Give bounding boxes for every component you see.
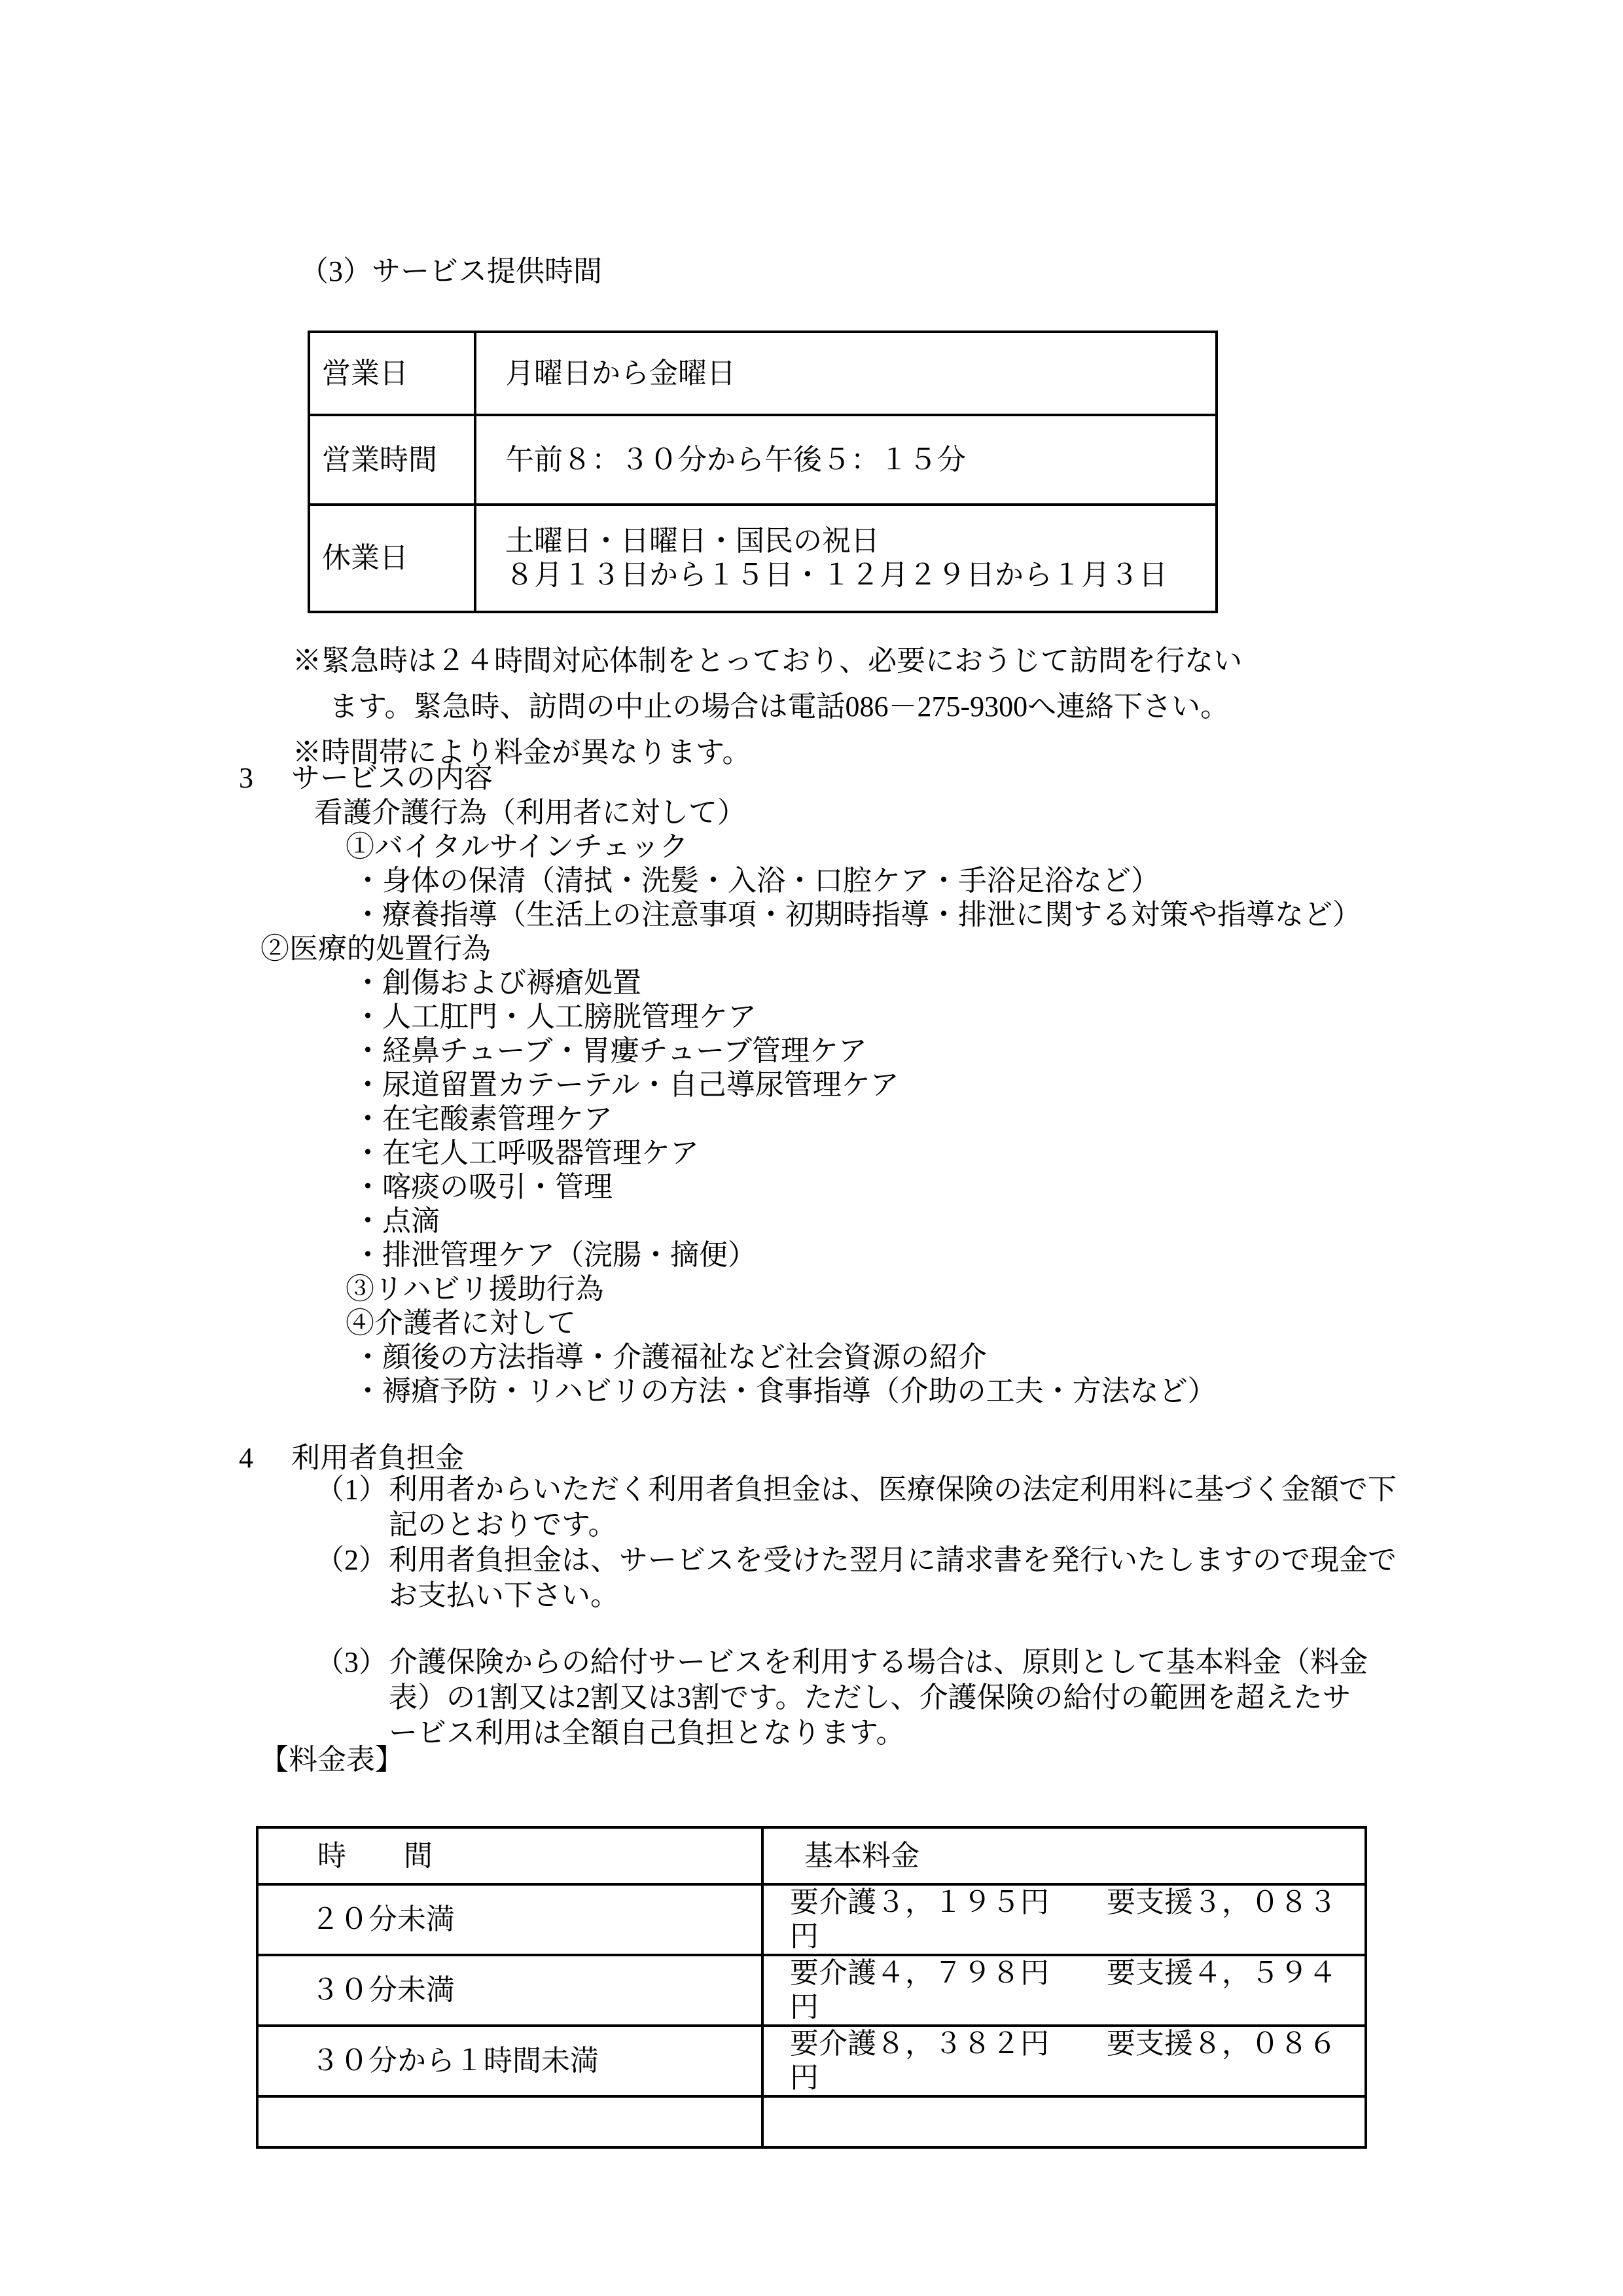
- hours-row-value: 土曜日・日曜日・国民の祝日 ８月１３日から１５日・１２月２９日から１月３日: [475, 505, 1217, 612]
- document-page: （3）サービス提供時間 営業日 月曜日から金曜日 営業時間 午前８：３０分から午…: [0, 0, 1623, 2296]
- price-header-time: 時 間: [257, 1827, 762, 1884]
- list-item: ・在宅酸素管理ケア: [0, 1102, 1623, 1136]
- section-heading-charges: 4 利用者負担金: [239, 1441, 464, 1475]
- table-row: [257, 2096, 1366, 2147]
- list-item: ・身体の保清（清拭・洗髪・入浴・口腔ケア・手浴足浴など）: [0, 864, 1623, 898]
- list-item: ・療養指導（生活上の注意事項・初期時指導・排泄に関する対策や指導など）: [0, 898, 1623, 932]
- note-line: ※緊急時は２４時間対応体制をとっており、必要におうじて訪問を行ない: [293, 638, 1242, 684]
- hours-row-value: 午前８：３０分から午後５：１５分: [475, 415, 1217, 505]
- list-item: ・顔後の方法指導・介護福祉など社会資源の紹介: [0, 1340, 1623, 1374]
- list-item: ・在宅人工呼吸器管理ケア: [0, 1136, 1623, 1170]
- holiday-line-2: ８月１３日から１５日・１２月２９日から１月３日: [505, 558, 1215, 592]
- list-item: ②医療的処置行為: [0, 932, 1623, 966]
- table-row: 休業日 土曜日・日曜日・国民の祝日 ８月１３日から１５日・１２月２９日から１月３…: [309, 505, 1217, 612]
- paragraph-marker: （1）: [315, 1472, 389, 1543]
- table-header-row: 時 間 基本料金: [257, 1827, 1366, 1884]
- notes-block: ※緊急時は２４時間対応体制をとっており、必要におうじて訪問を行ない ます。緊急時…: [293, 638, 1242, 776]
- service-hours-table: 営業日 月曜日から金曜日 営業時間 午前８：３０分から午後５：１５分 休業日 土…: [308, 331, 1218, 613]
- list-item: ・人工肛門・人工膀胱管理ケア: [0, 1000, 1623, 1034]
- section-number: 4: [239, 1441, 291, 1475]
- section-heading-services: 3 サービスの内容: [239, 761, 493, 795]
- paragraph-text: 利用者負担金は、サービスを受けた翌月に請求書を発行いたしますので現金でお支払い下…: [389, 1543, 1410, 1613]
- paragraph-text: 利用者からいただく利用者負担金は、医療保険の法定利用料に基づく金額で下記のとおり…: [389, 1472, 1410, 1543]
- price-fee: 要介護４，７９８円 要支援４，５９４円: [762, 1955, 1366, 2026]
- price-time: ３０分から１時間未満: [257, 2026, 762, 2096]
- price-table: 時 間 基本料金 ２０分未満 要介護３，１９５円 要支援３，０８３円 ３０分未満…: [256, 1826, 1367, 2149]
- hours-row-label: 営業日: [309, 332, 475, 415]
- list-item: ③リハビリ援助行為: [0, 1272, 1623, 1306]
- paragraph: （1） 利用者からいただく利用者負担金は、医療保険の法定利用料に基づく金額で下記…: [315, 1472, 1410, 1543]
- list-item: 看護介護行為（利用者に対して）: [0, 796, 1623, 830]
- paragraph-marker: （3）: [315, 1645, 389, 1751]
- section-title-service-hours: （3）サービス提供時間: [300, 255, 602, 289]
- table-row: 営業時間 午前８：３０分から午後５：１５分: [309, 415, 1217, 505]
- paragraph: （3） 介護保険からの給付サービスを利用する場合は、原則として基本料金（料金表）…: [315, 1645, 1377, 1751]
- list-item: ・喀痰の吸引・管理: [0, 1170, 1623, 1204]
- price-time: [257, 2096, 762, 2147]
- table-row: 営業日 月曜日から金曜日: [309, 332, 1217, 415]
- price-table-caption: 【料金表】: [260, 1743, 404, 1777]
- list-item: ・尿道留置カテーテル・自己導尿管理ケア: [0, 1068, 1623, 1102]
- list-item: ④介護者に対して: [0, 1306, 1623, 1340]
- section-title: サービスの内容: [291, 761, 493, 795]
- paragraph-marker: （2）: [315, 1543, 389, 1613]
- price-time: ３０分未満: [257, 1955, 762, 2026]
- hours-row-label: 休業日: [309, 505, 475, 612]
- price-fee: 要介護８，３８２円 要支援８，０８６円: [762, 2026, 1366, 2096]
- section-title: 利用者負担金: [291, 1441, 464, 1475]
- list-item: ・創傷および褥瘡処置: [0, 966, 1623, 1000]
- table-row: ３０分から１時間未満 要介護８，３８２円 要支援８，０８６円: [257, 2026, 1366, 2096]
- list-item: ・排泄管理ケア（浣腸・摘便）: [0, 1238, 1623, 1272]
- holiday-line-1: 土曜日・日曜日・国民の祝日: [505, 524, 1215, 558]
- table-row: ２０分未満 要介護３，１９５円 要支援３，０８３円: [257, 1884, 1366, 1955]
- service-list: 看護介護行為（利用者に対して） ①バイタルサインチェック ・身体の保清（清拭・洗…: [0, 796, 1623, 1408]
- charge-paragraphs: （3） 介護保険からの給付サービスを利用する場合は、原則として基本料金（料金表）…: [315, 1645, 1377, 1751]
- price-header-fee: 基本料金: [762, 1827, 1366, 1884]
- list-item: ・褥瘡予防・リハビリの方法・食事指導（介助の工夫・方法など）: [0, 1374, 1623, 1408]
- price-time: ２０分未満: [257, 1884, 762, 1955]
- charge-paragraphs: （1） 利用者からいただく利用者負担金は、医療保険の法定利用料に基づく金額で下記…: [315, 1472, 1410, 1613]
- price-fee: [762, 2096, 1366, 2147]
- section-number: 3: [239, 761, 291, 795]
- list-item: ①バイタルサインチェック: [0, 830, 1623, 864]
- hours-row-value: 月曜日から金曜日: [475, 332, 1217, 415]
- hours-row-label: 営業時間: [309, 415, 475, 505]
- paragraph-text: 介護保険からの給付サービスを利用する場合は、原則として基本料金（料金表）の1割又…: [389, 1645, 1377, 1751]
- paragraph: （2） 利用者負担金は、サービスを受けた翌月に請求書を発行いたしますので現金でお…: [315, 1543, 1410, 1613]
- note-line: ます。緊急時、訪問の中止の場合は電話086－275-9300へ連絡下さい。: [293, 684, 1242, 730]
- list-item: ・点滴: [0, 1204, 1623, 1238]
- table-row: ３０分未満 要介護４，７９８円 要支援４，５９４円: [257, 1955, 1366, 2026]
- list-item: ・経鼻チューブ・胃瘻チューブ管理ケア: [0, 1034, 1623, 1068]
- price-fee: 要介護３，１９５円 要支援３，０８３円: [762, 1884, 1366, 1955]
